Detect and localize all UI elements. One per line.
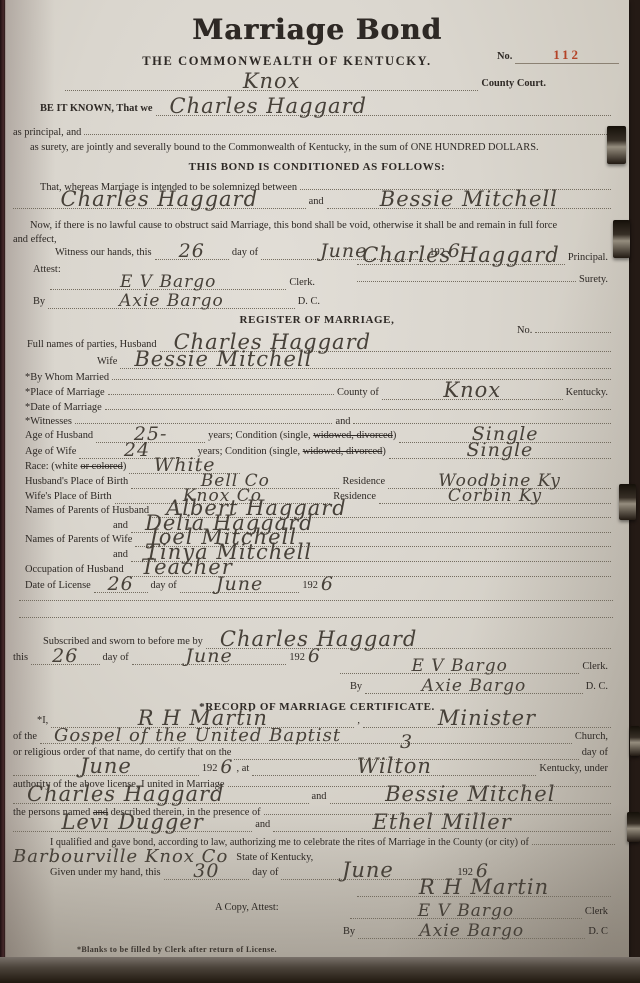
as-principal-field: [84, 134, 611, 135]
cert-place-field: Wilton: [252, 763, 536, 776]
kentucky-under-label: Kentucky, under: [536, 763, 611, 775]
surety-clause: as surety, are jointly and severally bou…: [30, 142, 619, 154]
sworn-by-label: By: [350, 681, 365, 693]
cert-by-label: By: [343, 926, 358, 938]
cert-date-place-row: June 192 6 , at Wilton Kentucky, under: [13, 763, 611, 776]
blank-rule-1: [19, 600, 613, 601]
license-date-row: Date of License 26 day of June 192 6: [25, 580, 334, 593]
given-day-of-label: day of: [249, 867, 281, 879]
clerk-signature-field: E V Bargo: [50, 277, 286, 290]
sworn-day-field: 26: [31, 652, 100, 665]
wife-name-handwritten: Bessie Mitchell: [134, 347, 312, 371]
marriage-county-handwritten: Knox: [443, 378, 501, 402]
county-row: Knox County Court.: [65, 78, 611, 91]
license-month-handwritten: June: [216, 573, 263, 595]
sworn-name-field: Charles Haggard: [206, 636, 611, 649]
cert-groom-field: Charles Haggard: [13, 791, 309, 804]
wife-label: Wife: [97, 356, 120, 368]
age-wife-row: Age of Wife 24 years; Condition (single,…: [25, 446, 611, 459]
cert-month-field: June: [13, 763, 199, 776]
blank-rule-2: [19, 617, 613, 618]
wife-residence-handwritten: Corbin Ky: [448, 486, 542, 506]
sworn-day-handwritten: 26: [52, 645, 78, 667]
day-of-label: day of: [229, 247, 261, 259]
place-of-marriage-label: *Place of Marriage: [25, 387, 108, 399]
principal-signature-row: Charles Haggard Principal.: [357, 252, 611, 265]
deputy-signature-field: Axie Bargo: [48, 296, 295, 309]
comma-label: ,: [354, 715, 363, 727]
surety-signature-row: Surety.: [357, 274, 611, 286]
parents-husband-label: Names of Parents of Husband: [25, 505, 152, 517]
parents-husband-row: Names of Parents of Husband Albert Hagga…: [25, 505, 611, 518]
wife-condition-field: Single: [389, 446, 611, 459]
bond-number-block: No. 112: [497, 48, 619, 64]
bride-name-field: Bessie Mitchell: [327, 196, 611, 209]
sworn-date-row: this 26 day of June 192 6: [13, 652, 321, 665]
by-whom-married-label: *By Whom Married: [25, 372, 112, 384]
sworn-clerk-handwritten: E V Bargo: [411, 656, 507, 676]
minister-title-handwritten: Minister: [438, 706, 536, 730]
bride-name-handwritten: Bessie Mitchell: [380, 187, 558, 211]
husband-birth-label: Husband's Place of Birth: [25, 476, 131, 488]
cert-place-handwritten: Wilton: [357, 754, 432, 778]
age-husband-label: Age of Husband: [25, 430, 96, 442]
cert-witnesses-row: Levi Dugger and Ethel Miller: [13, 819, 611, 832]
cert-witness2-field: Ethel Miller: [273, 819, 611, 832]
surety-label: Surety.: [576, 274, 611, 286]
wife-name-row: Wife Bessie Mitchell: [97, 356, 611, 369]
sworn-clerk-label: Clerk.: [579, 661, 611, 673]
witness-day-handwritten: 26: [179, 240, 205, 262]
bond-place-row: Barbourville Knox Co State of Kentucky,: [13, 852, 343, 864]
dc-label: D. C.: [295, 296, 323, 308]
minister-signature-row: R H Martin: [357, 884, 611, 897]
be-it-known-label: BE IT KNOWN, That we: [40, 103, 156, 115]
and-label: and: [306, 196, 327, 208]
cert-witness1-handwritten: Levi Dugger: [61, 810, 203, 834]
commonwealth-heading: THE COMMONWEALTH OF KENTUCKY.: [5, 54, 569, 68]
united-couple-row: Charles Haggard and Bessie Mitchel: [13, 791, 611, 804]
void-clause-line2: and effect,: [13, 234, 57, 246]
groom-name-field: Charles Haggard: [13, 196, 306, 209]
license-label: Date of License: [25, 580, 94, 592]
book-edge-left: [0, 0, 6, 983]
church-name-field: Gospel of the United Baptist: [40, 731, 572, 744]
license-year-printed: 192: [299, 580, 321, 592]
certify-day-handwritten: 3: [400, 731, 413, 753]
husband-condition-struck: widowed, divorced: [313, 430, 393, 441]
given-month-handwritten: June: [342, 858, 394, 882]
date-of-marriage-row: *Date of Marriage: [25, 402, 611, 414]
form-title: Marriage Bond: [5, 14, 629, 46]
kentucky-label: Kentucky.: [563, 387, 611, 399]
as-principal-row: as principal, and: [13, 127, 611, 139]
wife-residence-field: Corbin Ky: [379, 491, 611, 504]
sworn-year-printed: 192: [286, 652, 308, 664]
minister-signature-handwritten: R H Martin: [419, 875, 549, 899]
clerk-signature-handwritten: E V Bargo: [120, 272, 216, 292]
deputy-signature-handwritten: Axie Bargo: [119, 291, 224, 311]
qualified-field: [532, 844, 615, 845]
given-prefix-label: Given under my hand, this: [50, 867, 164, 879]
register-no-field: [535, 332, 611, 333]
husband-condition-label: years; Condition (single, widowed, divor…: [205, 430, 399, 442]
witness-day-field: 26: [155, 247, 229, 260]
attest-clerk-row: E V Bargo Clerk.: [50, 277, 318, 290]
given-day-field: 30: [164, 867, 250, 880]
principal-label: Principal.: [565, 252, 611, 264]
wife-condition-label: years; Condition (single, widowed, divor…: [195, 446, 389, 458]
license-day-field: 26: [94, 580, 148, 593]
blank-line: [19, 600, 613, 601]
attest-deputy-row: By Axie Bargo D. C.: [33, 296, 323, 309]
binder-tab: [627, 812, 640, 842]
cert-clerk-row: E V Bargo Clerk: [350, 906, 611, 919]
wife-birth-label: Wife's Place of Birth: [25, 491, 115, 503]
cert-deputy-row: By Axie Bargo D. C: [343, 926, 611, 939]
sworn-month-handwritten: June: [185, 645, 232, 667]
church-row: of the Gospel of the United Baptist Chur…: [13, 731, 611, 744]
husband-name-row: Full names of parties, Husband Charles H…: [27, 339, 611, 352]
of-the-label: of the: [13, 731, 40, 743]
race-struck: or colored: [80, 461, 122, 472]
cert-witness2-handwritten: Ethel Miller: [373, 810, 512, 834]
cert-witnesses-and-label: and: [252, 819, 273, 831]
attest-label: Attest:: [33, 264, 61, 276]
binder-tab: [630, 726, 640, 756]
be-it-known-row: BE IT KNOWN, That we Charles Haggard: [40, 103, 611, 116]
cert-bride-field: Bessie Mitchel: [330, 791, 612, 804]
parents-wife-row: Names of Parents of Wife Joel Mitchell: [25, 534, 611, 547]
age-husband-field: 25-: [96, 430, 205, 443]
sworn-deputy-handwritten: Axie Bargo: [422, 676, 527, 696]
wife-condition-handwritten: Single: [466, 439, 533, 461]
cert-clerk-label: Clerk: [582, 906, 611, 918]
cert-bride-handwritten: Bessie Mitchel: [385, 782, 555, 806]
void-clause-line1: Now, if there is no lawful cause to obst…: [30, 220, 621, 232]
license-month-field: June: [180, 580, 300, 593]
certificate-i-label: *I,: [37, 715, 51, 727]
wife-name-field: Bessie Mitchell: [120, 356, 611, 369]
parents-wife-label: Names of Parents of Wife: [25, 534, 135, 546]
certify-day-of-label: day of: [579, 747, 611, 759]
county-field: Knox: [65, 78, 478, 91]
footnote: *Blanks to be filled by Clerk after retu…: [77, 945, 277, 954]
cert-and-label: and: [309, 791, 330, 803]
cert-at-label: , at: [234, 763, 253, 775]
cert-clerk-field: E V Bargo: [350, 906, 582, 919]
conditioned-heading: THIS BOND IS CONDITIONED AS FOLLOWS:: [5, 161, 629, 174]
sworn-day-of-label: day of: [100, 652, 132, 664]
marriage-county-field: Knox: [382, 387, 563, 400]
sworn-clerk-field: E V Bargo: [340, 661, 579, 674]
license-day-handwritten: 26: [108, 573, 134, 595]
witness-prefix-label: Witness our hands, this: [55, 247, 155, 259]
license-day-of-label: day of: [148, 580, 180, 592]
principal-name-field: Charles Haggard: [156, 103, 612, 116]
cert-deputy-field: Axie Bargo: [358, 926, 585, 939]
cert-month-handwritten: June: [80, 754, 132, 778]
given-day-handwritten: 30: [193, 860, 219, 882]
sworn-row: Subscribed and sworn to before me by Cha…: [43, 636, 611, 649]
minister-signature-field: R H Martin: [357, 884, 611, 897]
age-wife-label: Age of Wife: [25, 446, 79, 458]
sworn-this-label: this: [13, 652, 31, 664]
surety-signature-field: [357, 281, 576, 282]
couple-names-row: Charles Haggard and Bessie Mitchell: [13, 196, 611, 209]
place-of-marriage-row: *Place of Marriage County of Knox Kentuc…: [25, 387, 611, 400]
church-label: Church,: [572, 731, 611, 743]
binder-tab: [613, 220, 630, 258]
wife-mother-and-label: and: [113, 549, 131, 561]
cert-clerk-handwritten: E V Bargo: [418, 901, 514, 921]
sworn-month-field: June: [132, 652, 287, 665]
minister-title-field: Minister: [363, 715, 611, 728]
sworn-deputy-row: By Axie Bargo D. C.: [350, 681, 611, 694]
cert-year-printed: 192: [199, 763, 221, 775]
book-edge-bottom: [0, 957, 640, 983]
blank-line: [19, 617, 613, 618]
husband-mother-and-label: and: [113, 520, 131, 532]
register-number-row: No.: [517, 325, 611, 337]
bond-number-value: 112: [553, 47, 581, 62]
as-principal-label: as principal, and: [13, 127, 84, 139]
cert-deputy-handwritten: Axie Bargo: [419, 921, 524, 941]
county-court-label: County Court.: [478, 78, 549, 90]
cert-witness1-field: Levi Dugger: [13, 819, 252, 832]
date-of-marriage-field: [105, 409, 611, 410]
binder-tab: [619, 484, 636, 520]
place-of-marriage-field: [108, 394, 334, 395]
age-wife-handwritten: 24: [124, 439, 150, 461]
by-whom-married-row: *By Whom Married: [25, 372, 611, 384]
by-whom-married-field: [112, 379, 611, 380]
witnesses-label: *Witnesses: [25, 416, 75, 428]
bond-number-label: No.: [497, 51, 515, 63]
register-no-label: No.: [517, 325, 535, 337]
cert-dc-label: D. C: [585, 926, 611, 938]
principal-signature-field: Charles Haggard: [357, 252, 565, 265]
church-name-handwritten: Gospel of the United Baptist: [54, 725, 341, 746]
clerk-label: Clerk.: [286, 277, 318, 289]
race-label: Race: (white or colored): [25, 461, 129, 473]
sworn-clerk-row: E V Bargo Clerk.: [340, 661, 611, 674]
bond-number-field: 112: [515, 48, 619, 64]
cert-groom-handwritten: Charles Haggard: [27, 782, 224, 806]
principal-name-handwritten: Charles Haggard: [170, 94, 367, 118]
binder-tab: [607, 126, 626, 164]
groom-name-handwritten: Charles Haggard: [61, 187, 258, 211]
date-of-marriage-label: *Date of Marriage: [25, 402, 105, 414]
county-handwritten: Knox: [243, 69, 301, 93]
by-label: By: [33, 296, 48, 308]
witness1-field: [75, 423, 333, 424]
copy-attest-label: A Copy, Attest:: [215, 902, 279, 914]
county-of-label: County of: [334, 387, 382, 399]
occupation-field: Teacher: [127, 564, 611, 577]
principal-signature-handwritten: Charles Haggard: [362, 243, 559, 267]
marriage-bond-document: Marriage Bond THE COMMONWEALTH OF KENTUC…: [5, 0, 629, 957]
husband-residence-label: Residence: [339, 476, 388, 488]
sworn-dc-label: D. C.: [583, 681, 611, 693]
state-label: State of Kentucky,: [228, 852, 316, 864]
sworn-deputy-field: Axie Bargo: [365, 681, 583, 694]
wife-condition-struck: widowed, divorced: [303, 446, 383, 457]
witnesses-and-label: and: [332, 416, 353, 428]
